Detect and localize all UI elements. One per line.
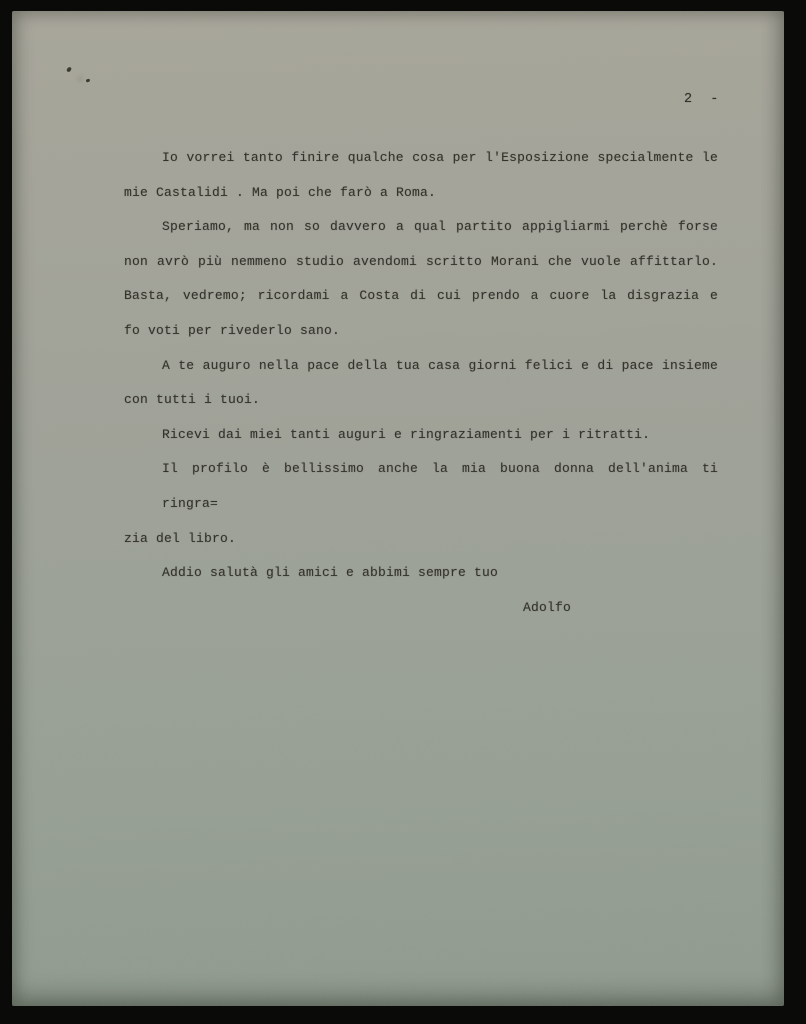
letter-line: A te auguro nella pace della tua casa gi… — [124, 349, 718, 384]
letter-line: fo voti per rivederlo sano. — [124, 314, 718, 349]
page-number: 2 - — [684, 92, 723, 107]
letter-page: 2 - Io vorrei tanto finire qualche cosa … — [12, 11, 784, 1006]
letter-body: Io vorrei tanto finire qualche cosa per … — [124, 141, 718, 625]
ink-speck — [86, 78, 91, 82]
letter-line: Il profilo è bellissimo anche la mia buo… — [124, 452, 718, 521]
letter-line: non avrò più nemmeno studio avendomi scr… — [124, 245, 718, 280]
letter-line: Speriamo, ma non so davvero a qual parti… — [124, 210, 718, 245]
scan-background: 2 - Io vorrei tanto finire qualche cosa … — [0, 0, 806, 1024]
letter-line: Addio salutà gli amici e abbimi sempre t… — [124, 556, 718, 591]
letter-line: Basta, vedremo; ricordami a Costa di cui… — [124, 279, 718, 314]
letter-line: con tutti i tuoi. — [124, 383, 718, 418]
letter-line: Io vorrei tanto finire qualche cosa per … — [124, 141, 718, 176]
letter-line: mie Castalidi . Ma poi che farò a Roma. — [124, 176, 718, 211]
letter-line: zia del libro. — [124, 522, 718, 557]
letter-line: Ricevi dai miei tanti auguri e ringrazia… — [124, 418, 718, 453]
signature: Adolfo — [124, 591, 718, 626]
ink-speck — [66, 66, 72, 72]
